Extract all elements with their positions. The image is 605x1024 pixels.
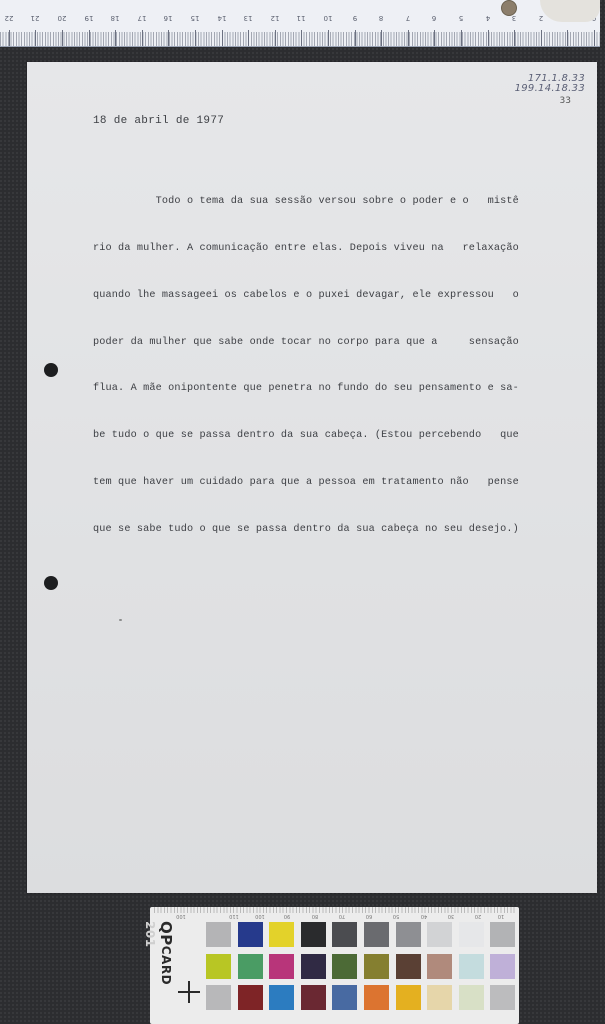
color-swatch — [301, 985, 326, 1010]
ruler-major-tick — [89, 30, 90, 46]
ruler-major-tick — [168, 30, 169, 46]
color-swatch — [364, 985, 389, 1010]
ruler-number: 11 — [293, 14, 309, 22]
card-scale-number: 90 — [281, 913, 293, 919]
ruler-major-tick — [567, 30, 568, 46]
ruler-major-tick — [381, 30, 382, 46]
ruler-number: 18 — [107, 14, 123, 22]
color-swatch — [238, 922, 263, 947]
card-brand: QP — [157, 921, 175, 946]
ruler-major-tick — [408, 30, 409, 46]
body-line: rio da mulher. A comunicação entre elas.… — [93, 241, 573, 257]
card-scale-number: 70 — [336, 913, 348, 919]
body-line: tem que haver um cuidado para que a pess… — [93, 475, 573, 491]
card-scale-number: 10 — [495, 913, 507, 919]
ruler-number: 9 — [347, 14, 363, 22]
archive-annotation: 171.1.8.33 199.14.18.33 33 — [515, 74, 585, 106]
ruler-number: 17 — [134, 14, 150, 22]
card-model: 201 — [143, 921, 157, 948]
ruler-number: 7 — [400, 14, 416, 22]
color-swatch — [269, 922, 294, 947]
color-swatch — [459, 954, 484, 979]
color-swatch — [206, 985, 231, 1010]
body-line: Todo o tema da sua sessão versou sobre o… — [93, 194, 573, 210]
card-scale-number: 40 — [418, 913, 430, 919]
color-swatch — [490, 954, 515, 979]
card-scale-number: 50 — [390, 913, 402, 919]
color-swatches — [206, 922, 515, 1010]
punch-hole-bottom — [44, 576, 58, 590]
ruler-major-tick — [434, 30, 435, 46]
color-swatch — [427, 922, 452, 947]
ruler-major-tick — [222, 30, 223, 46]
ruler-major-tick — [142, 30, 143, 46]
measurement-ruler: 222120191817161514131211109876543210 — [0, 0, 600, 47]
punch-hole-top — [44, 363, 58, 377]
color-swatch — [238, 954, 263, 979]
card-scale-number: 100 — [254, 913, 266, 919]
body-line: poder da mulher que sabe onde tocar no c… — [93, 335, 573, 351]
ruler-number: 12 — [267, 14, 283, 22]
body-line: be tudo o que se passa dentro da sua cab… — [93, 428, 573, 444]
body-line: que se sabe tudo o que se passa dentro d… — [93, 522, 573, 538]
crosshair-icon — [178, 981, 200, 1003]
ruler-major-tick — [541, 30, 542, 46]
card-logo: QPCARD 201 — [153, 921, 175, 1011]
ruler-number: 16 — [160, 14, 176, 22]
color-swatch — [427, 954, 452, 979]
archive-code-2: 199.14.18.33 — [515, 84, 585, 94]
color-swatch — [490, 985, 515, 1010]
body-line: quando lhe massageei os cabelos e o puxe… — [93, 288, 573, 304]
ruler-major-tick — [328, 30, 329, 46]
ruler-major-tick — [115, 30, 116, 46]
ruler-number: 19 — [81, 14, 97, 22]
ruler-major-tick — [488, 30, 489, 46]
card-scale-ticks — [154, 907, 515, 913]
color-swatch — [332, 922, 357, 947]
ruler-major-tick — [301, 30, 302, 46]
ruler-number: 22 — [1, 14, 17, 22]
ruler-number: 13 — [240, 14, 256, 22]
card-name: CARD — [159, 946, 173, 985]
ruler-number: 20 — [54, 14, 70, 22]
ruler-major-tick — [62, 30, 63, 46]
color-swatch — [269, 985, 294, 1010]
paper-speck — [119, 619, 122, 621]
ruler-major-tick — [594, 30, 595, 46]
color-swatch — [364, 922, 389, 947]
card-scale-number: 20 — [472, 913, 484, 919]
ruler-major-tick — [461, 30, 462, 46]
color-swatch — [332, 985, 357, 1010]
color-swatch — [364, 954, 389, 979]
ruler-major-tick — [248, 30, 249, 46]
color-calibration-card: 100110100908070605040302010 QPCARD 201 — [150, 907, 519, 1024]
ruler-number: 8 — [373, 14, 389, 22]
ruler-major-tick — [9, 30, 10, 46]
ruler-major-tick — [35, 30, 36, 46]
ruler-ticks — [0, 32, 600, 46]
color-swatch — [238, 985, 263, 1010]
ruler-number: 10 — [320, 14, 336, 22]
color-swatch — [459, 922, 484, 947]
ruler-number: 21 — [27, 14, 43, 22]
color-swatch — [490, 922, 515, 947]
ruler-number: 6 — [426, 14, 442, 22]
ruler-major-tick — [355, 30, 356, 46]
card-scale-number: 100 — [175, 913, 187, 919]
ruler-major-tick — [195, 30, 196, 46]
color-swatch — [396, 922, 421, 947]
document-date: 18 de abril de 1977 — [93, 115, 224, 127]
color-swatch — [301, 954, 326, 979]
ruler-major-tick — [514, 30, 515, 46]
color-swatch — [396, 954, 421, 979]
card-scale-number: 80 — [309, 913, 321, 919]
color-swatch — [459, 985, 484, 1010]
ruler-number: 4 — [480, 14, 496, 22]
page-number: 33 — [515, 96, 585, 106]
color-swatch — [396, 985, 421, 1010]
card-scale-number: 30 — [445, 913, 457, 919]
color-swatch — [206, 922, 231, 947]
ruler-number: 14 — [214, 14, 230, 22]
ruler-hole — [501, 0, 517, 16]
ruler-number: 5 — [453, 14, 469, 22]
card-scale-number: 60 — [363, 913, 375, 919]
document-body: Todo o tema da sua sessão versou sobre o… — [93, 163, 573, 568]
ruler-tape — [540, 0, 600, 22]
card-scale-number: 110 — [228, 913, 240, 919]
body-line: flua. A mãe onipontente que penetra no f… — [93, 381, 573, 397]
color-swatch — [301, 922, 326, 947]
color-swatch — [269, 954, 294, 979]
color-swatch — [206, 954, 231, 979]
color-swatch — [427, 985, 452, 1010]
ruler-major-tick — [275, 30, 276, 46]
ruler-number: 15 — [187, 14, 203, 22]
color-swatch — [332, 954, 357, 979]
document-page: 171.1.8.33 199.14.18.33 33 18 de abril d… — [27, 62, 597, 893]
